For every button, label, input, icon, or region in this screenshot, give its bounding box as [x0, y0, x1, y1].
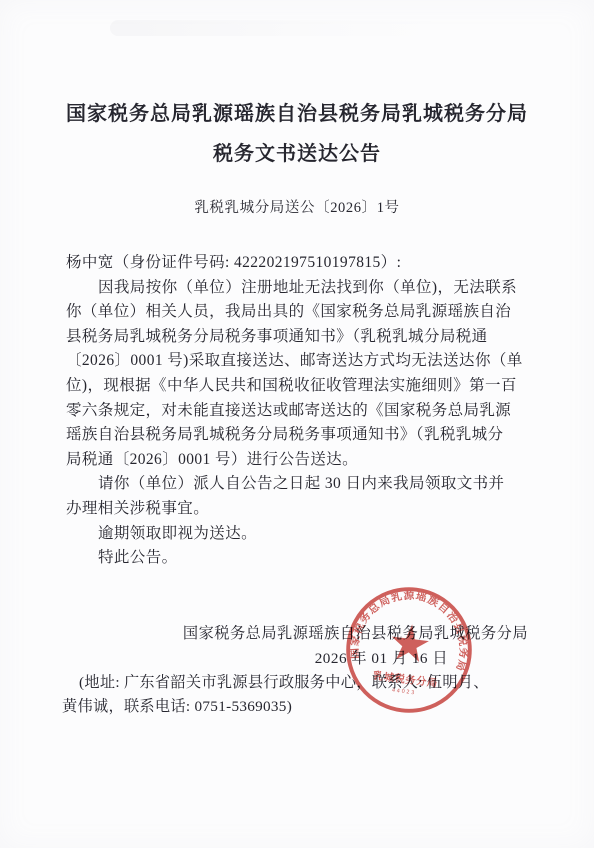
body-text: 杨中宽（身份证件号码: 422202197510197815）: 因我局按你（单…	[66, 251, 532, 571]
body-line: 位)，现根据《中华人民共和国税收征收管理法实施细则》第一百	[66, 374, 532, 399]
body-line: 零六条规定，对未能直接送达或邮寄送达的《国家税务总局乳源	[66, 399, 532, 424]
body-line: 杨中宽（身份证件号码: 422202197510197815）:	[66, 251, 532, 276]
body-line: 请你（单位）派人自公告之日起 30 日内来我局领取文书并	[66, 472, 532, 497]
body-line: 局税通〔2026〕0001 号）进行公告送达。	[66, 448, 532, 473]
signature-date: 2026 年 01 月 16 日	[66, 647, 448, 671]
body-line: 特此公告。	[66, 546, 532, 571]
document-title-line2: 税务文书送达公告	[0, 137, 594, 166]
body-line: 因我局按你（单位）注册地址无法找到你（单位)，无法联系	[66, 276, 532, 301]
address-line-2: 黄伟诚，联系电话: 0751-5369035)	[62, 695, 534, 719]
body-line: 县税务局乳城税务分局税务事项通知书》（乳税乳城分局税通	[66, 325, 532, 350]
body-line: 逾期领取即视为送达。	[66, 522, 532, 547]
address-line-1: (地址: 广东省韶关市乳源县行政服务中心，联系人: 伍明月、	[62, 671, 534, 695]
document-title-line1: 国家税务总局乳源瑶族自治县税务局乳城税务分局	[0, 97, 594, 126]
scanned-document-page: 国家税务总局乳源瑶族自治县税务局乳城税务分局 税务文书送达公告 乳税乳城分局送公…	[0, 0, 594, 848]
signature-org: 国家税务总局乳源瑶族自治县税务局乳城税务分局	[66, 622, 528, 646]
body-line: 办理相关涉税事宜。	[66, 497, 532, 522]
body-line: 〔2026〕0001 号)采取直接送达、邮寄送达方式均无法送达你（单	[66, 349, 532, 374]
document-number: 乳税乳城分局送公〔2026〕1号	[0, 196, 594, 217]
scan-artifact	[110, 20, 440, 36]
body-line: 你（单位）相关人员，我局出具的《国家税务总局乳源瑶族自治	[66, 300, 532, 325]
contact-address: (地址: 广东省韶关市乳源县行政服务中心，联系人: 伍明月、 黄伟诚，联系电话:…	[62, 671, 534, 719]
body-line: 瑶族自治县税务局乳城税务分局税务事项通知书》（乳税乳城分	[66, 423, 532, 448]
